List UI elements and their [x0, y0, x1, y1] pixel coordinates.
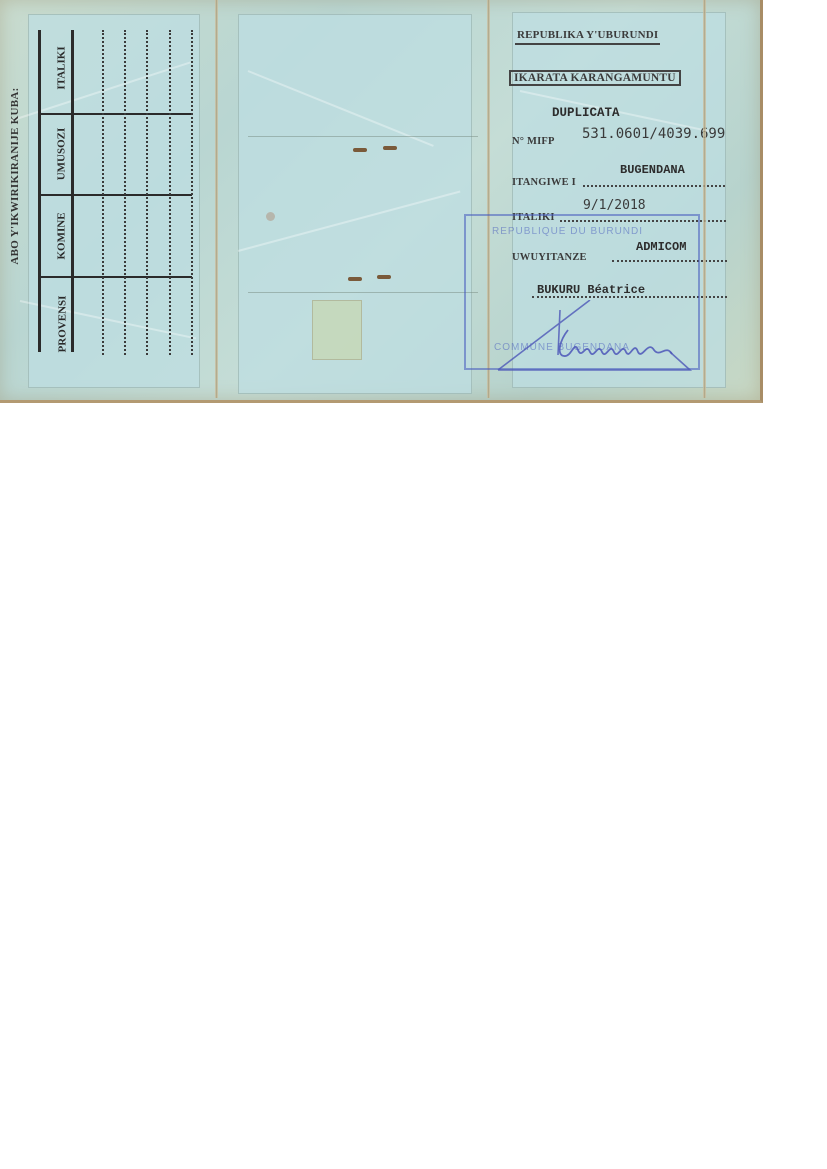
issued-at-value: BUGENDANA [620, 163, 685, 177]
duplicate-mark: DUPLICATA [552, 106, 620, 120]
staple-mark [377, 275, 391, 279]
entry-row [124, 30, 126, 355]
staple-mark [353, 148, 367, 152]
column-provensi: PROVENSI [56, 296, 68, 353]
number-label: N° MIFP [512, 136, 555, 147]
entry-row [169, 30, 171, 355]
fold-crease [248, 292, 478, 293]
signature-icon [490, 300, 710, 380]
stamp-line-1: REPUBLIQUE DU BURUNDI [492, 226, 643, 237]
staple-mark [348, 277, 362, 281]
id-card-scan: ABO Y'IKWIRIKIRANIJE KUBA: PROVENSI KOMI… [0, 0, 763, 403]
residence-history-title: ABO Y'IKWIRIKIRANIJE KUBA: [9, 11, 21, 341]
entry-row [146, 30, 148, 355]
date-value: 9/1/2018 [583, 198, 646, 213]
photo-area [312, 300, 362, 360]
column-komine: KOMINE [56, 212, 68, 259]
staple-mark [383, 146, 397, 150]
fold-line [703, 0, 706, 398]
table-border [38, 30, 41, 352]
column-umusozi: UMUSOZI [55, 128, 67, 181]
fold-crease [248, 136, 478, 137]
stain [266, 212, 275, 221]
entry-row [191, 30, 193, 355]
card-title: IKARATA KARANGAMUNTU [509, 70, 681, 86]
issued-at-label: ITANGIWE I [512, 177, 576, 188]
column-italiki: ITALIKI [56, 46, 68, 89]
republic-header: REPUBLIKA Y'UBURUNDI [515, 29, 660, 45]
entry-row [102, 30, 104, 355]
table-border [71, 30, 74, 352]
residence-history-panel: ABO Y'IKWIRIKIRANIJE KUBA: PROVENSI KOMI… [0, 0, 215, 398]
